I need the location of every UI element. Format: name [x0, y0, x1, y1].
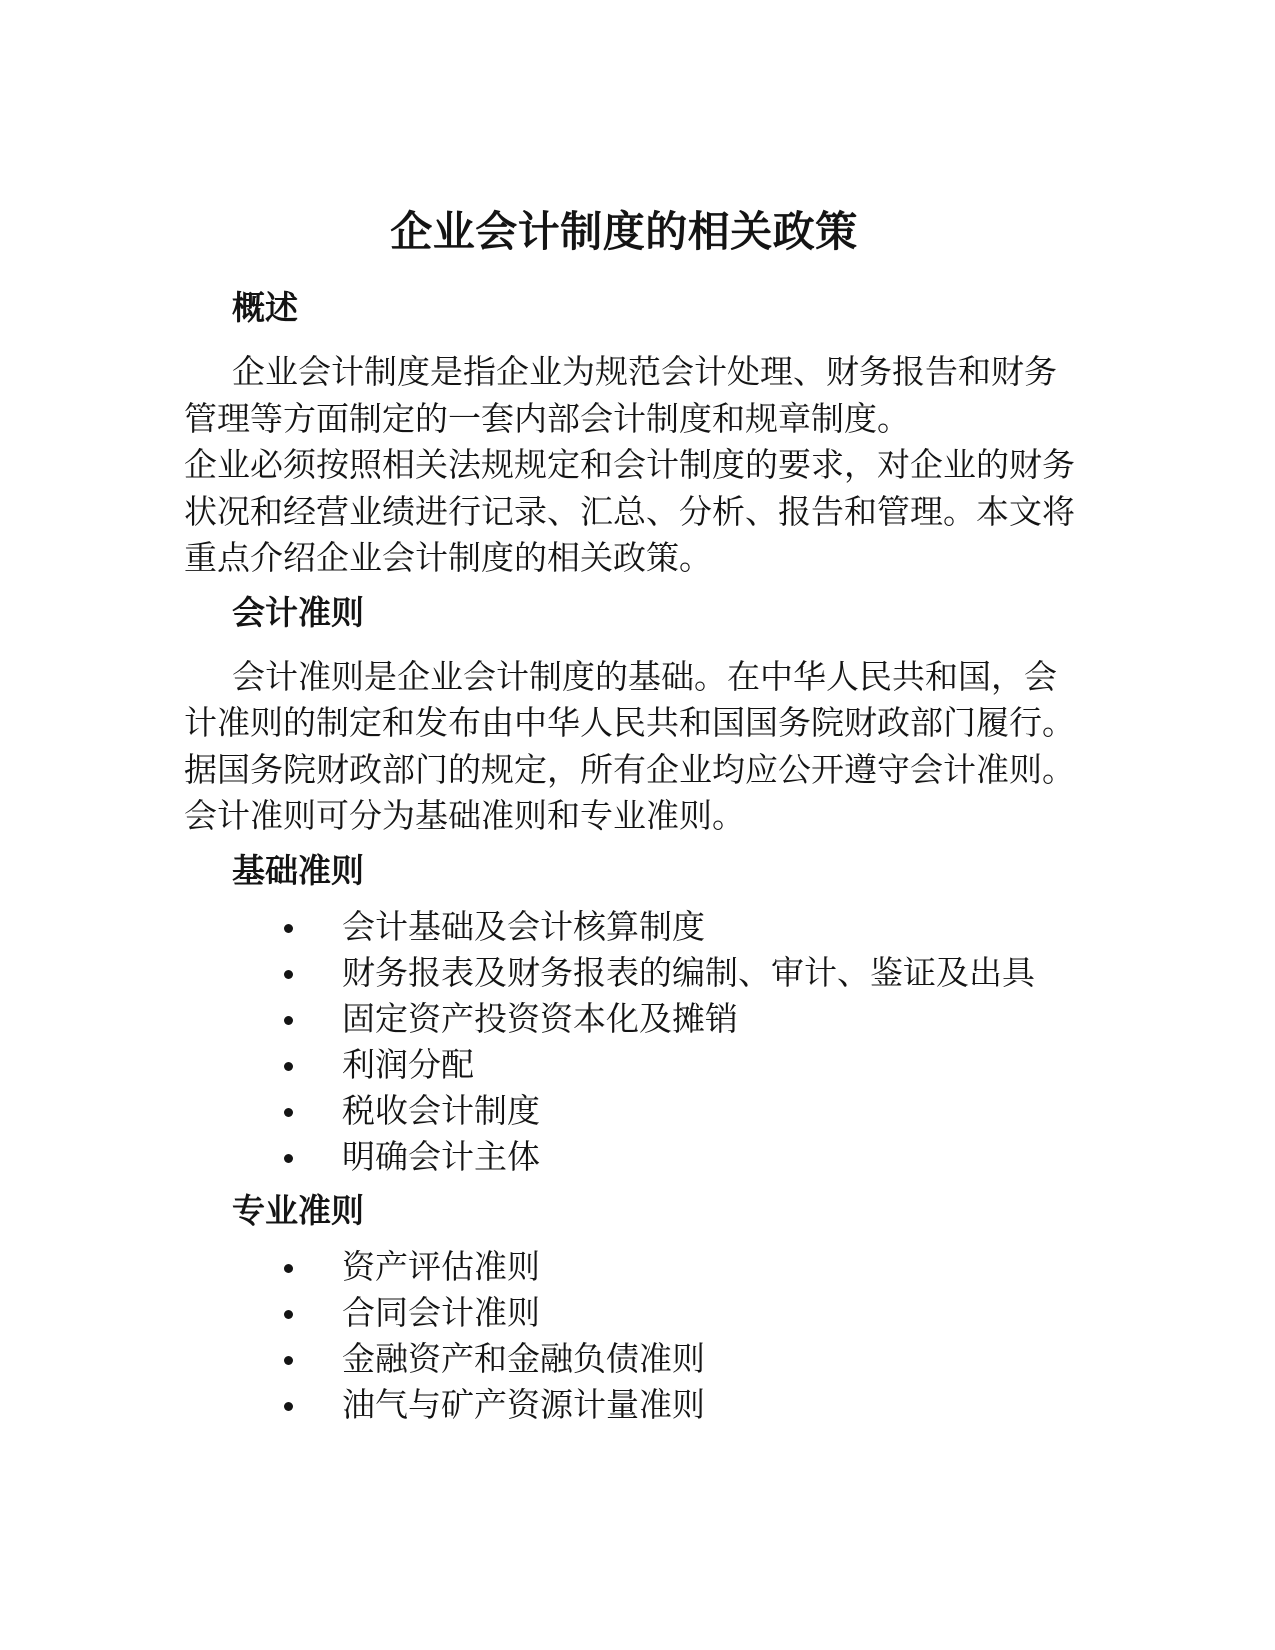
list-item-text: 固定资产投资资本化及摊销	[342, 1002, 738, 1038]
bullet-icon	[284, 970, 293, 979]
list-item: 资产评估准则	[184, 1245, 1094, 1291]
document-title: 企业会计制度的相关政策	[184, 206, 1064, 260]
paragraph-line: 会计准则是企业会计制度的基础。在中华人民共和国，会	[184, 655, 1094, 702]
paragraph-line: 企业必须按照相关法规规定和会计制度的要求，对企业的财务	[184, 443, 1094, 490]
paragraph-line: 管理等方面制定的一套内部会计制度和规章制度。	[184, 397, 1094, 444]
section-heading-overview: 概述	[232, 292, 1094, 326]
section-heading-accounting-standards: 会计准则	[232, 597, 1094, 631]
bullet-icon	[284, 1402, 293, 1411]
paragraph-overview-1: 企业会计制度是指企业为规范会计处理、财务报告和财务 管理等方面制定的一套内部会计…	[184, 350, 1094, 443]
section-heading-professional-standards: 专业准则	[232, 1195, 1094, 1229]
list-item-text: 会计基础及会计核算制度	[342, 910, 705, 946]
list-item: 金融资产和金融负债准则	[184, 1337, 1094, 1383]
paragraph-line: 企业会计制度是指企业为规范会计处理、财务报告和财务	[184, 350, 1094, 397]
list-item-text: 财务报表及财务报表的编制、审计、鉴证及出具	[342, 956, 1035, 992]
list-item: 会计基础及会计核算制度	[184, 905, 1094, 951]
list-item: 油气与矿产资源计量准则	[184, 1383, 1094, 1429]
section-heading-basic-standards: 基础准则	[232, 855, 1094, 889]
document-content: 企业会计制度的相关政策 概述 企业会计制度是指企业为规范会计处理、财务报告和财务…	[184, 206, 1094, 1429]
bullet-icon	[284, 1154, 293, 1163]
document-page: 企业会计制度的相关政策 概述 企业会计制度是指企业为规范会计处理、财务报告和财务…	[0, 0, 1275, 1650]
list-item: 固定资产投资资本化及摊销	[184, 997, 1094, 1043]
paragraph-line: 据国务院财政部门的规定，所有企业均应公开遵守会计准则。	[184, 748, 1094, 795]
bullet-icon	[284, 1356, 293, 1365]
bullet-icon	[284, 1062, 293, 1071]
bullet-list-basic-standards: 会计基础及会计核算制度 财务报表及财务报表的编制、审计、鉴证及出具 固定资产投资…	[184, 905, 1094, 1181]
list-item: 财务报表及财务报表的编制、审计、鉴证及出具	[184, 951, 1094, 997]
list-item: 明确会计主体	[184, 1135, 1094, 1181]
list-item-text: 油气与矿产资源计量准则	[342, 1388, 705, 1424]
bullet-icon	[284, 1264, 293, 1273]
list-item-text: 合同会计准则	[342, 1296, 540, 1332]
bullet-icon	[284, 1108, 293, 1117]
list-item-text: 税收会计制度	[342, 1094, 540, 1130]
bullet-icon	[284, 1016, 293, 1025]
list-item-text: 利润分配	[342, 1048, 474, 1084]
list-item: 利润分配	[184, 1043, 1094, 1089]
bullet-icon	[284, 1310, 293, 1319]
paragraph-line: 状况和经营业绩进行记录、汇总、分析、报告和管理。本文将	[184, 490, 1094, 537]
paragraph-overview-2: 企业必须按照相关法规规定和会计制度的要求，对企业的财务 状况和经营业绩进行记录、…	[184, 443, 1094, 583]
list-item: 合同会计准则	[184, 1291, 1094, 1337]
list-item-text: 资产评估准则	[342, 1250, 540, 1286]
bullet-list-professional-standards: 资产评估准则 合同会计准则 金融资产和金融负债准则 油气与矿产资源计量准则	[184, 1245, 1094, 1429]
paragraph-line: 计准则的制定和发布由中华人民共和国国务院财政部门履行。	[184, 701, 1094, 748]
list-item-text: 金融资产和金融负债准则	[342, 1342, 705, 1378]
paragraph-accounting-standards: 会计准则是企业会计制度的基础。在中华人民共和国，会 计准则的制定和发布由中华人民…	[184, 655, 1094, 841]
list-item: 税收会计制度	[184, 1089, 1094, 1135]
bullet-icon	[284, 924, 293, 933]
paragraph-line: 会计准则可分为基础准则和专业准则。	[184, 794, 1094, 841]
paragraph-line: 重点介绍企业会计制度的相关政策。	[184, 536, 1094, 583]
list-item-text: 明确会计主体	[342, 1140, 540, 1176]
